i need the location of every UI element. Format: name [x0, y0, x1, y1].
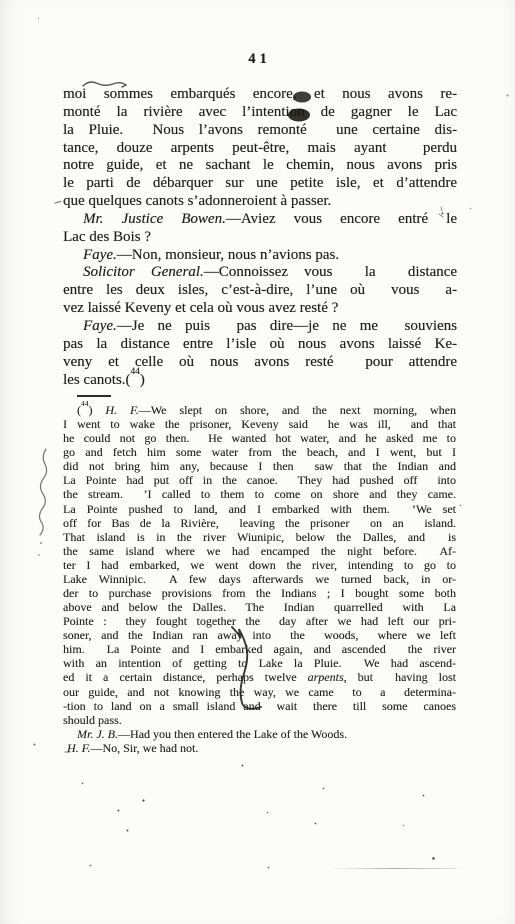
text-segment: monté la rivière avec l’intention de gag… — [63, 104, 457, 120]
text-segment: la Pluie. Nous l’avons remonté une certa… — [63, 122, 457, 138]
text-segment: —Aviez vous encore entré le — [226, 211, 457, 227]
text-line: der to purchase provisions from the Indi… — [63, 586, 456, 600]
footnote-marker: 44 — [130, 367, 139, 377]
margin-dot — [38, 554, 39, 555]
text-segment: him. La Pointe and I embarked again, and… — [63, 642, 456, 656]
text-segment: above and below the Dalles. The Indian q… — [63, 600, 456, 614]
text-line: Lake Winnipic. A few days afterwards we … — [63, 572, 456, 586]
text-line: la Pluie. Nous l’avons remonté une certa… — [63, 122, 457, 140]
text-line: Pointe : they fought together the day af… — [63, 614, 456, 628]
margin-dot — [40, 542, 42, 544]
paper-specks — [38, 18, 39, 19]
text-segment: should pass. — [63, 713, 122, 727]
main-text-block: moi sommes embarqués encore, et nous avo… — [63, 86, 457, 389]
text-segment: the stream. ’I called to them to come on… — [63, 487, 456, 501]
text-segment: the same island where we had encamped th… — [63, 544, 456, 558]
text-line: le parti de débarquer sur une petite isl… — [63, 175, 457, 193]
text-line: veny et celle où nous avons resté pour a… — [63, 354, 457, 372]
text-line: go and fetch him some water from the bea… — [63, 445, 456, 459]
text-segment: —Connoissez vous la distance — [204, 264, 457, 280]
text-segment: La Pointe pushed to land, and I embarked… — [63, 502, 456, 516]
text-segment: tance, douze arpents peut-être, mais aya… — [63, 140, 457, 156]
text-line: Faye.—Non, monsieur, nous n’avions pas. — [63, 247, 457, 265]
text-segment: Lac des Bois ? — [63, 229, 151, 245]
text-segment: notre guide, et ne sachant le chemin, no… — [63, 157, 457, 173]
text-segment: go and fetch him some water from the bea… — [63, 445, 456, 459]
text-segment: vez laissé Keveny et cela où vous avez r… — [63, 300, 338, 316]
page-number: 41 — [0, 51, 515, 68]
text-segment: veny et celle où nous avons resté pour a… — [63, 354, 457, 370]
footnote-separator — [77, 395, 111, 397]
text-line: moi sommes embarqués encore, et nous avo… — [63, 86, 457, 104]
italic-text: Faye. — [83, 247, 117, 263]
text-line: notre guide, et ne sachant le chemin, no… — [63, 157, 457, 175]
text-line: Mr. J. B.—Had you then entered the Lake … — [63, 727, 456, 741]
text-segment: Lake Winnipic. A few days afterwards we … — [63, 572, 456, 586]
text-segment: der to purchase provisions from the Indi… — [63, 586, 456, 600]
text-line: did not bring him any, because I then sa… — [63, 459, 456, 473]
text-line: (44) H. F.—We slept on shore, and the ne… — [63, 403, 456, 417]
text-segment: ) — [140, 372, 145, 388]
text-line: Solicitor General.—Connoissez vous la di… — [63, 264, 457, 282]
text-segment: ter I had embarked, we went down the riv… — [63, 558, 456, 572]
text-segment: —No, Sir, we had not. — [90, 741, 198, 755]
text-segment: le parti de débarquer sur une petite isl… — [63, 175, 457, 191]
text-segment: our guide, and not knowing the way, we c… — [63, 685, 456, 699]
text-segment: off for Bas de la Rivière, leaving the p… — [63, 516, 456, 530]
text-segment: I went to wake the prisoner, Keveny said… — [63, 417, 456, 431]
text-line: should pass. — [63, 713, 456, 727]
text-line: entre les deux isles, c’est-à-dire, l’un… — [63, 282, 457, 300]
text-line: H. F.—No, Sir, we had not. — [63, 741, 456, 755]
footnote-block: (44) H. F.—We slept on shore, and the ne… — [63, 403, 456, 755]
text-line: -tion to land on a small island and wait… — [63, 699, 456, 713]
text-line: vez laissé Keveny et cela où vous avez r… — [63, 300, 457, 318]
text-segment: que quelques canots s’adonneroient à pas… — [63, 193, 331, 209]
text-line: above and below the Dalles. The Indian q… — [63, 600, 456, 614]
text-line: off for Bas de la Rivière, leaving the p… — [63, 516, 456, 530]
text-line: That island is in the river Wiunipic, be… — [63, 530, 456, 544]
text-line: Mr. Justice Bowen.—Aviez vous encore ent… — [63, 211, 457, 229]
italic-text: H. F. — [67, 741, 90, 755]
text-segment: with an intention of getting to Lake la … — [63, 656, 456, 670]
text-segment: —We slept on shore, and the next morning… — [139, 403, 456, 417]
text-line: Faye.—Je ne puis pas dire—je ne me souvi… — [63, 318, 457, 336]
italic-text: Solicitor General. — [83, 264, 204, 280]
text-segment: soner, and the Indian ran away into the … — [63, 628, 456, 642]
italic-text: Mr. Justice Bowen. — [83, 211, 226, 227]
text-segment: La Pointe had put off in the canoe. They… — [63, 473, 456, 487]
text-line: tance, douze arpents peut-être, mais aya… — [63, 140, 457, 158]
text-line: the same island where we had encamped th… — [63, 544, 456, 558]
text-line: pas la distance entre l’isle où nous avo… — [63, 336, 457, 354]
text-segment: ) — [88, 403, 105, 417]
text-segment: —Had you then entered the Lake of the Wo… — [118, 727, 347, 741]
footnote-marker: 44 — [81, 399, 88, 408]
text-line: que quelques canots s’adonneroient à pas… — [63, 193, 457, 211]
text-line: monté la rivière avec l’intention de gag… — [63, 104, 457, 122]
text-line: he could not go then. He wanted hot wate… — [63, 431, 456, 445]
text-line: les canots.(44) — [63, 372, 457, 390]
book-page: 41 moi sommes embarqués encore, et nous … — [0, 0, 515, 924]
text-segment: Pointe : they fought together the day af… — [63, 614, 456, 628]
text-line: with an intention of getting to Lake la … — [63, 656, 456, 670]
text-line: our guide, and not knowing the way, we c… — [63, 685, 456, 699]
text-line: Lac des Bois ? — [63, 229, 457, 247]
text-line: ed it a certain distance, perhaps twelve… — [63, 670, 456, 684]
text-segment: ed it a certain distance, perhaps twelve — [63, 670, 308, 684]
margin-squiggle-mark — [40, 449, 47, 535]
text-segment: he could not go then. He wanted hot wate… — [63, 431, 456, 445]
text-segment: did not bring him any, because I then sa… — [63, 459, 456, 473]
text-line: La Pointe had put off in the canoe. They… — [63, 473, 456, 487]
text-segment: —Je ne puis pas dire—je ne me souviens — [117, 318, 457, 334]
text-line: him. La Pointe and I embarked again, and… — [63, 642, 456, 656]
text-line: soner, and the Indian ran away into the … — [63, 628, 456, 642]
text-segment: entre les deux isles, c’est-à-dire, l’un… — [63, 282, 457, 298]
text-segment: les canots.( — [63, 372, 130, 388]
italic-text: Faye. — [83, 318, 117, 334]
text-line: the stream. ’I called to them to come on… — [63, 487, 456, 501]
text-line: ter I had embarked, we went down the riv… — [63, 558, 456, 572]
italic-text: arpents — [308, 670, 344, 684]
text-segment: pas la distance entre l’isle où nous avo… — [63, 336, 457, 352]
scratch-mark — [330, 868, 457, 869]
text-line: I went to wake the prisoner, Keveny said… — [63, 417, 456, 431]
text-segment: —Non, monsieur, nous n’avions pas. — [117, 247, 339, 263]
italic-text: H. F. — [105, 403, 138, 417]
text-segment: -tion to land on a small island and wait… — [63, 699, 456, 713]
text-segment: That island is in the river Wiunipic, be… — [63, 530, 456, 544]
text-segment: , but having lost — [344, 670, 456, 684]
text-line: La Pointe pushed to land, and I embarked… — [63, 502, 456, 516]
italic-text: Mr. J. B. — [77, 727, 118, 741]
margin-dash-mark — [55, 202, 61, 204]
text-segment: moi sommes embarqués encore, et nous avo… — [63, 86, 457, 102]
